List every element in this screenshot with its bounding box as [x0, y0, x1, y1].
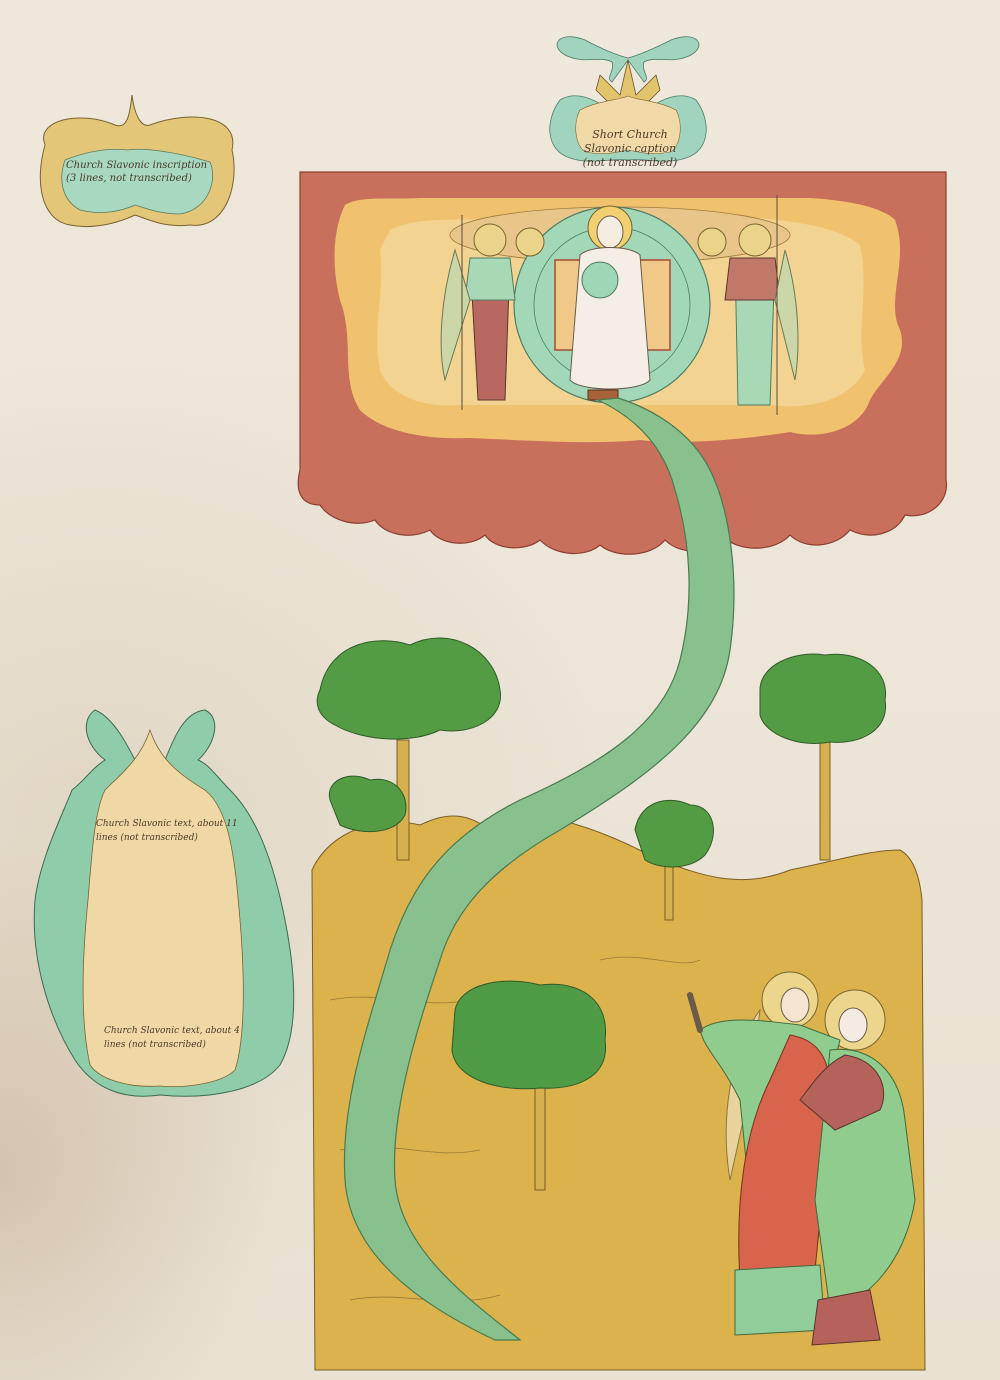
illumination-artwork	[0, 0, 1000, 1380]
cartouche-left-bottom-text: Church Slavonic text, about 4 lines (not…	[104, 1025, 254, 1052]
cartouche-top-center-text: Short Church Slavonic caption (not trans…	[580, 128, 680, 169]
manuscript-page: Illuminated manuscript page — Jacob's La…	[0, 0, 1000, 1380]
cartouche-top-left-text: Church Slavonic inscription (3 lines, no…	[66, 160, 216, 185]
throne-scene	[441, 195, 798, 415]
cartouche-left-main-text: Church Slavonic text, about 11 lines (no…	[96, 818, 256, 846]
